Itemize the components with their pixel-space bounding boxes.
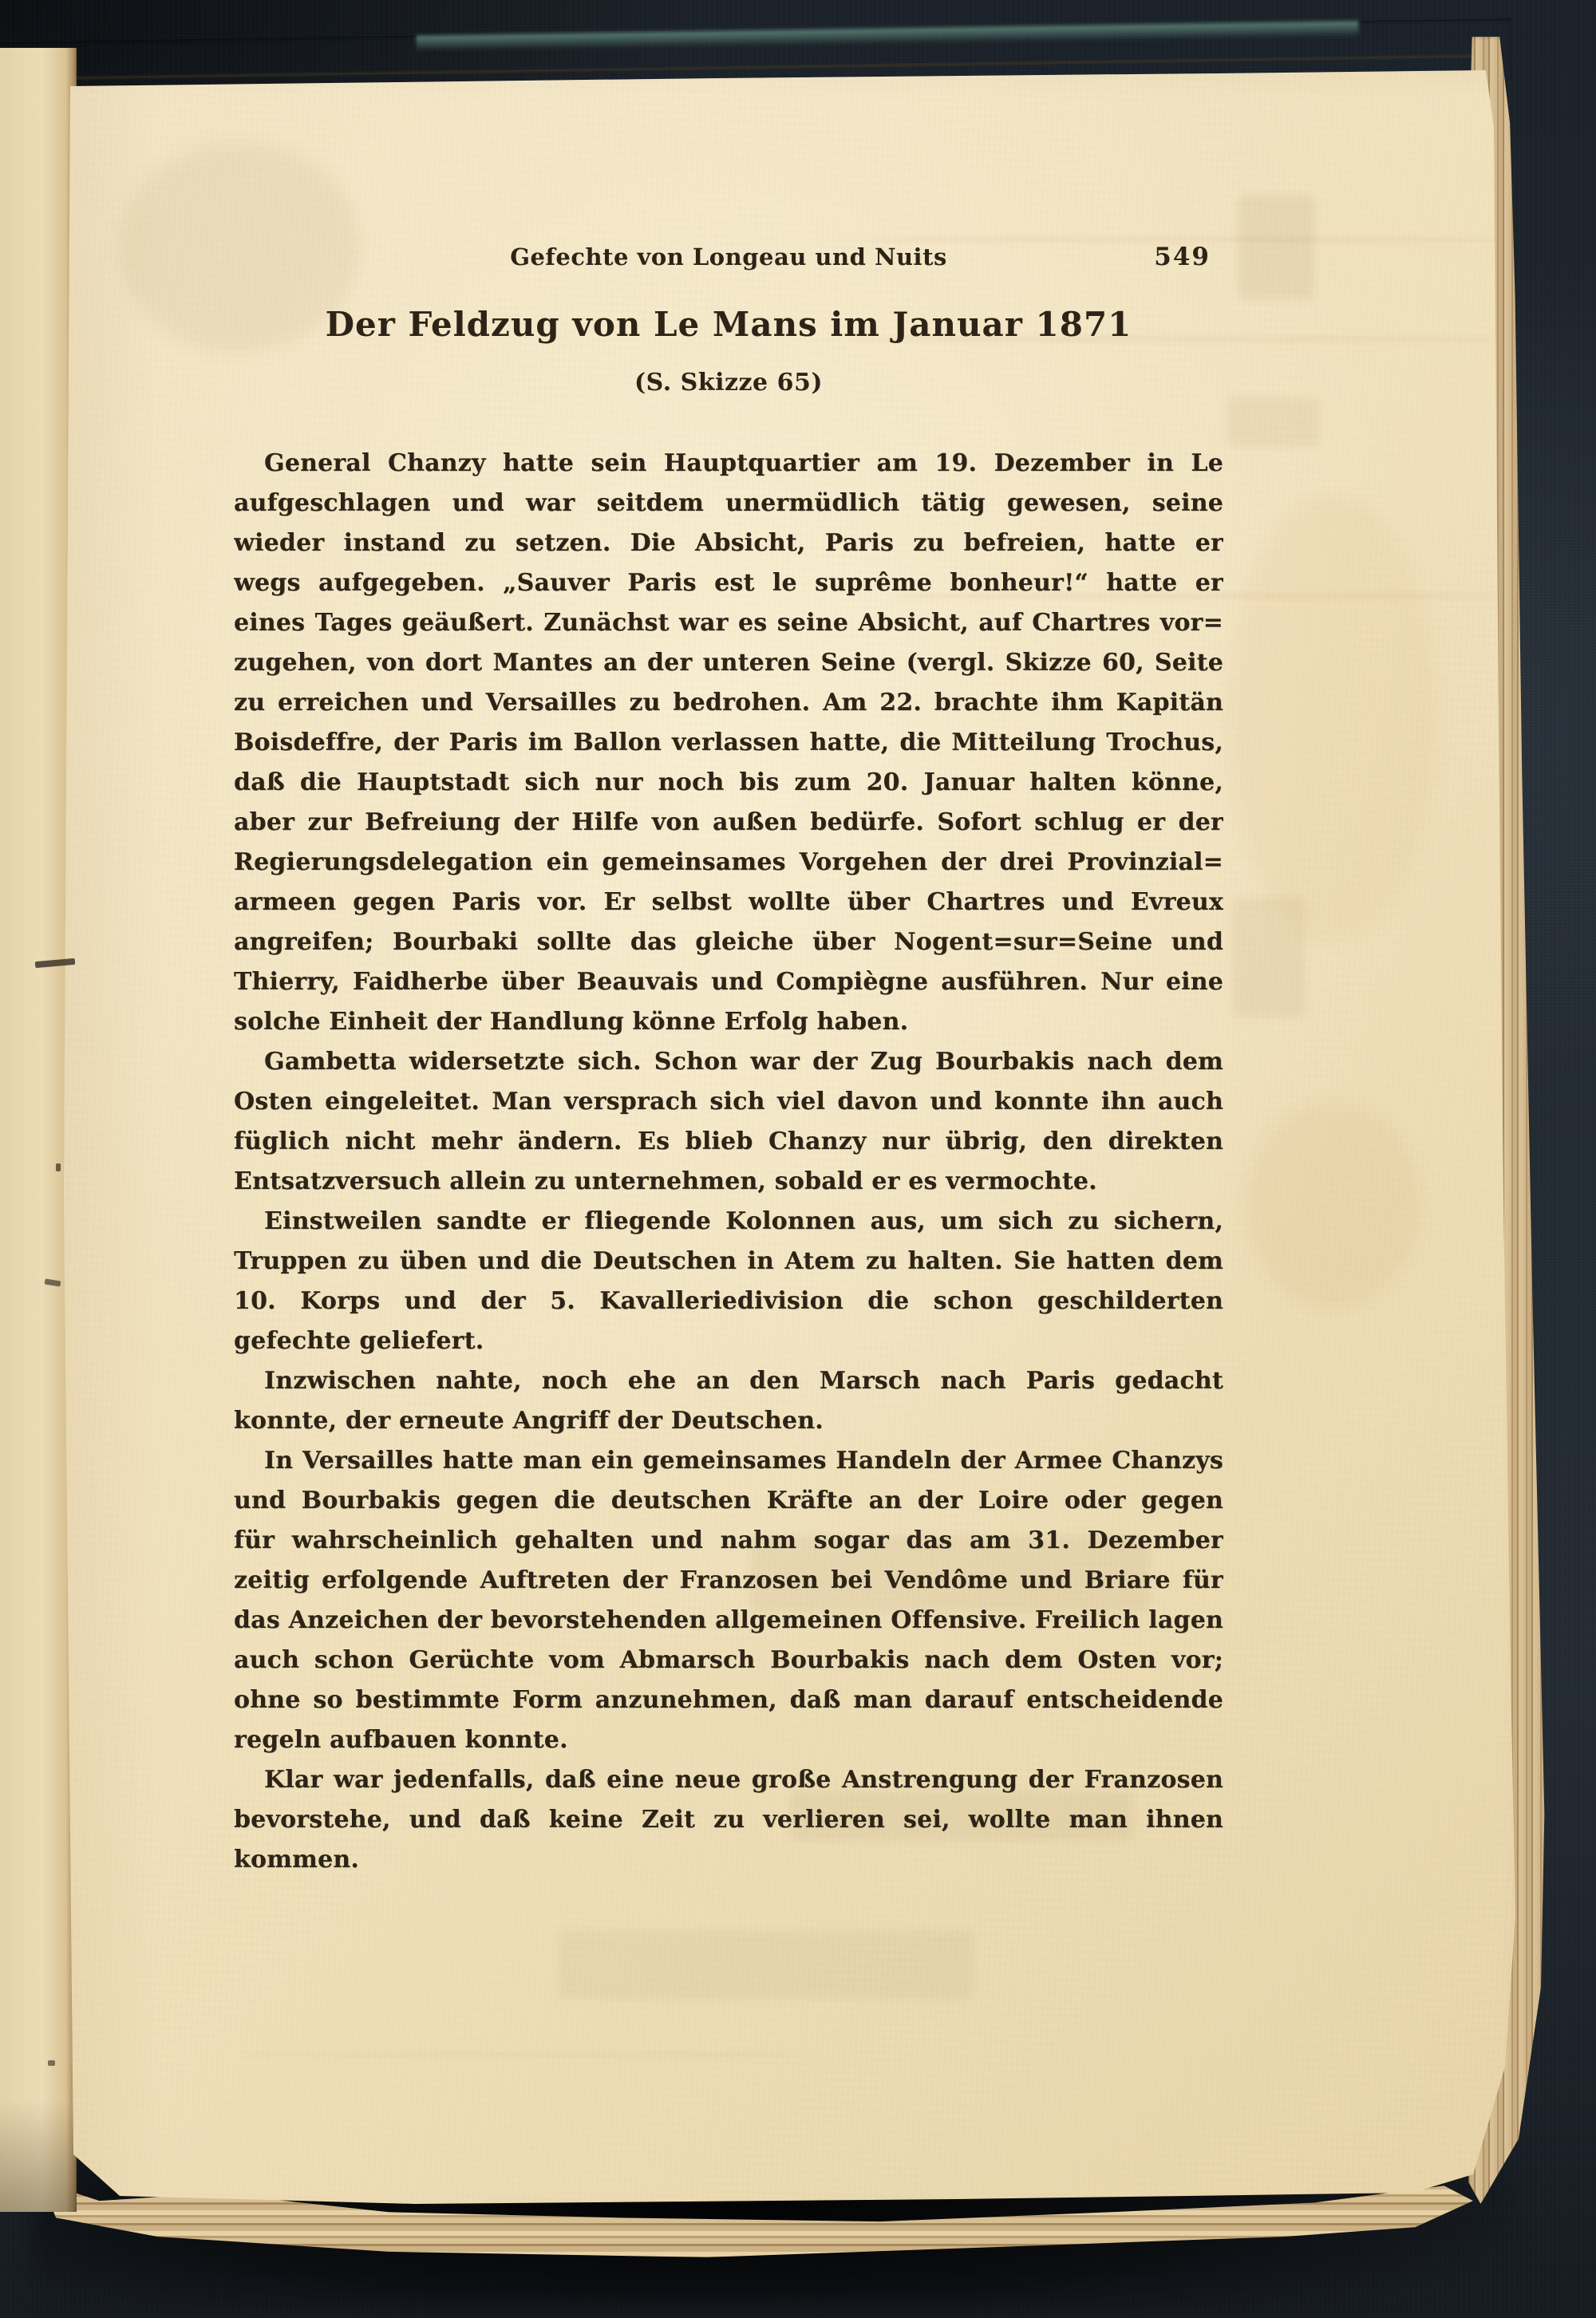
text-line: zeitig erfolgende Auftreten der Franzose…	[234, 1561, 1223, 1601]
paragraph: Gambetta widersetzte sich. Schon war der…	[234, 1042, 1223, 1202]
text-block: General Chanzy hatte sein Hauptquartier …	[234, 444, 1223, 1880]
paragraph: Einstweilen sandte er fliegende Kolonnen…	[234, 1202, 1223, 1361]
running-header-title: Gefechte von Longeau und Nuits	[234, 239, 1223, 274]
text-line: Boisdeffre, der Paris im Ballon verlasse…	[234, 723, 1223, 763]
text-line: Gambetta widersetzte sich. Schon war der…	[234, 1042, 1223, 1082]
paragraph: In Versailles hatte man ein gemeinsames …	[234, 1441, 1223, 1760]
text-line: kommen.	[234, 1840, 1223, 1880]
text-line: zu erreichen und Versailles zu bedrohen.…	[234, 683, 1223, 723]
text-line: konnte, der erneute Angriff der Deutsche…	[234, 1401, 1223, 1441]
text-line: Entsatzversuch allein zu unternehmen, so…	[234, 1162, 1223, 1202]
text-line: und Bourbakis gegen die deutschen Kräfte…	[234, 1481, 1223, 1521]
text-line: Osten eingeleitet. Man versprach sich vi…	[234, 1082, 1223, 1122]
text-line: Truppen zu üben und die Deutschen in Ate…	[234, 1242, 1223, 1281]
text-line: Regierungsdelegation ein gemeinsames Vor…	[234, 843, 1223, 883]
text-line: Thierry, Faidherbe über Beauvais und Com…	[234, 962, 1223, 1002]
text-line: regeln aufbauen konnte.	[234, 1720, 1223, 1760]
text-line: General Chanzy hatte sein Hauptquartier …	[234, 444, 1223, 484]
text-line: gefechte geliefert.	[234, 1321, 1223, 1361]
text-line: ohne so bestimmte Form anzunehmen, daß m…	[234, 1680, 1223, 1720]
text-line: Inzwischen nahte, noch ehe an den Marsch…	[234, 1361, 1223, 1401]
text-line: aber zur Befreiung der Hilfe von außen b…	[234, 803, 1223, 843]
text-line: das Anzeichen der bevorstehenden allgeme…	[234, 1601, 1223, 1641]
text-line: In Versailles hatte man ein gemeinsames …	[234, 1441, 1223, 1481]
page-number: 549	[1154, 239, 1211, 274]
text-line: wegs aufgegeben. „Sauver Paris est le su…	[234, 563, 1223, 603]
text-line: füglich nicht mehr ändern. Es blieb Chan…	[234, 1122, 1223, 1162]
text-line: angreifen; Bourbaki sollte das gleiche ü…	[234, 922, 1223, 962]
text-line: solche Einheit der Handlung könne Erfolg…	[234, 1002, 1223, 1042]
text-line: aufgeschlagen und war seitdem unermüdlic…	[234, 484, 1223, 523]
scanned-book-photo: Gefechte von Longeau und Nuits 549 Der F…	[0, 0, 1596, 2318]
paragraph: Inzwischen nahte, noch ehe an den Marsch…	[234, 1361, 1223, 1441]
text-line: 10. Korps und der 5. Kavalleriedivision …	[234, 1281, 1223, 1321]
section-title: Der Feldzug von Le Mans im Januar 1871	[234, 305, 1223, 344]
printed-content: Gefechte von Longeau und Nuits 549 Der F…	[0, 0, 1596, 2318]
text-line: zugehen, von dort Mantes an der unteren …	[234, 643, 1223, 683]
section-subtitle: (S. Skizze 65)	[234, 369, 1223, 397]
text-line: eines Tages geäußert. Zunächst war es se…	[234, 603, 1223, 643]
text-line: bevorstehe, und daß keine Zeit zu verlie…	[234, 1800, 1223, 1840]
text-line: daß die Hauptstadt sich nur noch bis zum…	[234, 763, 1223, 803]
text-line: Einstweilen sandte er fliegende Kolonnen…	[234, 1202, 1223, 1242]
text-line: Klar war jedenfalls, daß eine neue große…	[234, 1760, 1223, 1800]
paragraph: General Chanzy hatte sein Hauptquartier …	[234, 444, 1223, 1042]
running-header: Gefechte von Longeau und Nuits 549	[234, 239, 1223, 274]
paragraph: Klar war jedenfalls, daß eine neue große…	[234, 1760, 1223, 1880]
text-line: auch schon Gerüchte vom Abmarsch Bourbak…	[234, 1641, 1223, 1680]
text-line: armeen gegen Paris vor. Er selbst wollte…	[234, 883, 1223, 922]
text-line: wieder instand zu setzen. Die Absicht, P…	[234, 523, 1223, 563]
text-line: für wahrscheinlich gehalten und nahm sog…	[234, 1521, 1223, 1561]
